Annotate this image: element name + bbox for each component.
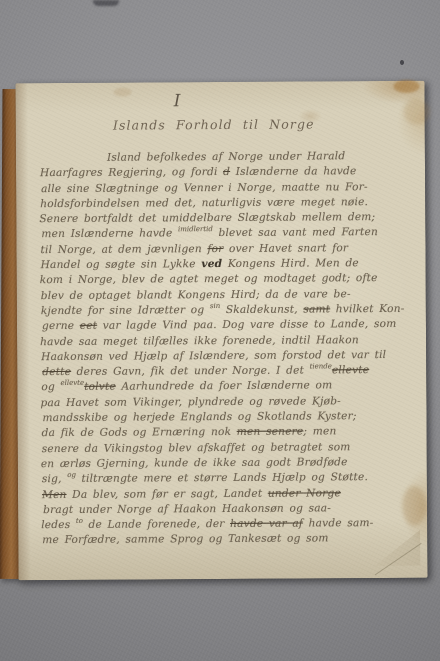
line-segment: Da blev, som før er sagt, Landet [67, 487, 268, 500]
line-segment: Aarhundrede da foer Islænderne om [116, 380, 333, 393]
line-segment: Haakonsøn ved Hjælp af Islændere, som fo… [41, 349, 386, 363]
line-segment: og [67, 471, 76, 479]
line-segment: Handel og søgte sin Lykke [41, 258, 202, 271]
line-segment: ellevte [60, 379, 84, 387]
line-segment: for [207, 243, 223, 255]
line-segment: ved [201, 258, 222, 270]
line-segment: holdsforbindelsen med det, naturligvis v… [40, 196, 368, 210]
line-segment: sig, [42, 473, 67, 485]
line-segment: dette [42, 366, 71, 378]
line-segment: me Forfædre, samme Sprog og Tankesæt og … [42, 533, 328, 547]
manuscript-line: mandsskibe og herjede Englands og Skotla… [42, 409, 401, 426]
line-segment: hvilket Kon- [330, 303, 404, 315]
line-segment: to [76, 517, 83, 525]
background-speck [400, 60, 404, 65]
line-segment: men Islænderne havde [41, 228, 178, 241]
manuscript-line: Haarfagres Regjering, og fordi d Islænde… [40, 164, 400, 181]
line-segment: de Lande forenede, der [83, 518, 230, 531]
line-segment: men senere [237, 426, 304, 438]
line-segment: Skaldekunst, [220, 303, 303, 316]
line-segment: blevet saa vant med Farten [213, 227, 378, 240]
line-segment: samt [303, 303, 330, 315]
line-segment: tolvte [84, 381, 116, 393]
manuscript-line: ledes to de Lande forenede, der havde va… [41, 516, 402, 534]
paper-stain [393, 80, 419, 93]
line-segment: eet [80, 320, 97, 332]
line-segment: paa Havet som Vikinger, plyndrede og røv… [40, 395, 341, 409]
line-segment: da fik de Gods og Ernæring nok [42, 426, 237, 439]
line-segment: sin [210, 302, 220, 310]
line-segment: over Havet snart for [223, 242, 348, 255]
line-segment: bragt under Norge af Haakon Haakonsøn og… [43, 502, 331, 516]
line-segment: tiende [310, 362, 332, 370]
line-segment: var lagde Vind paa. Dog vare disse to La… [97, 318, 396, 332]
line-segment: under Norge [268, 487, 341, 499]
photo-background: I Islands Forhold til Norge Island befol… [0, 0, 440, 661]
line-segment: senere da Vikingstog blev afskaffet og b… [42, 441, 351, 455]
line-segment: kjendte for sine Idrætter og [41, 304, 210, 317]
line-segment: kom i Norge, blev de agtet meget og modt… [40, 272, 378, 286]
line-segment: Islænderne da havde [230, 165, 356, 178]
line-segment: Senere bortfaldt det umiddelbare Slægtsk… [39, 211, 375, 225]
manuscript-line: me Forfædre, samme Sprog og Tankesæt og … [42, 531, 402, 548]
line-segment: og [41, 381, 60, 393]
paper-stain [402, 486, 426, 526]
line-segment: til Norge, at dem jævnligen [40, 243, 207, 256]
manuscript-page: I Islands Forhold til Norge Island befol… [15, 81, 427, 580]
line-segment: deres Gavn, fik det under Norge. I det [71, 365, 310, 378]
line-segment: tiltrængte mere et større Lands Hjælp og… [76, 471, 368, 485]
line-segment: havde var af [230, 518, 303, 530]
chapter-numeral: I [16, 90, 340, 112]
line-segment: imidlertid [178, 226, 213, 234]
line-segment: mandsskibe og herjede Englands og Skotla… [42, 410, 356, 424]
line-segment: gerne [42, 320, 80, 332]
manuscript-line: sig, og tiltrængte mere et større Lands … [42, 470, 402, 487]
line-segment: havde saa meget tilfælles ikke forenede,… [40, 334, 359, 348]
line-segment: Island befolkedes af Norge under Harald [107, 150, 345, 163]
line-segment: ledes [41, 519, 76, 531]
line-segment: blev de optaget blandt Kongens Hird; da … [41, 288, 351, 302]
line-segment: en ærløs Gjerning, kunde de ikke saa god… [41, 456, 348, 470]
line-segment: alle sine Slægtninge og Venner i Norge, … [41, 181, 368, 195]
manuscript-line: kom i Norge, blev de agtet meget og modt… [40, 271, 401, 289]
line-segment: Men [42, 488, 67, 500]
manuscript-lines: Island befolkedes af Norge under HaraldH… [40, 149, 402, 549]
line-segment: Kongens Hird. Men de [222, 257, 359, 270]
background-mark [93, 0, 119, 6]
line-segment: Haarfagres Regjering, og fordi [40, 166, 223, 179]
line-segment: ; men [303, 426, 336, 438]
manuscript-line: dette deres Gavn, fik det under Norge. I… [42, 363, 401, 380]
line-segment: ellevte [332, 364, 369, 376]
page-title: Islands Forhold til Norge [38, 116, 390, 133]
paper-stain [404, 99, 430, 125]
line-segment: havde sam- [303, 517, 374, 529]
manuscript-line: senere da Vikingstog blev afskaffet og b… [42, 440, 402, 457]
manuscript-line: gerne eet var lagde Vind paa. Dog vare d… [42, 317, 401, 334]
